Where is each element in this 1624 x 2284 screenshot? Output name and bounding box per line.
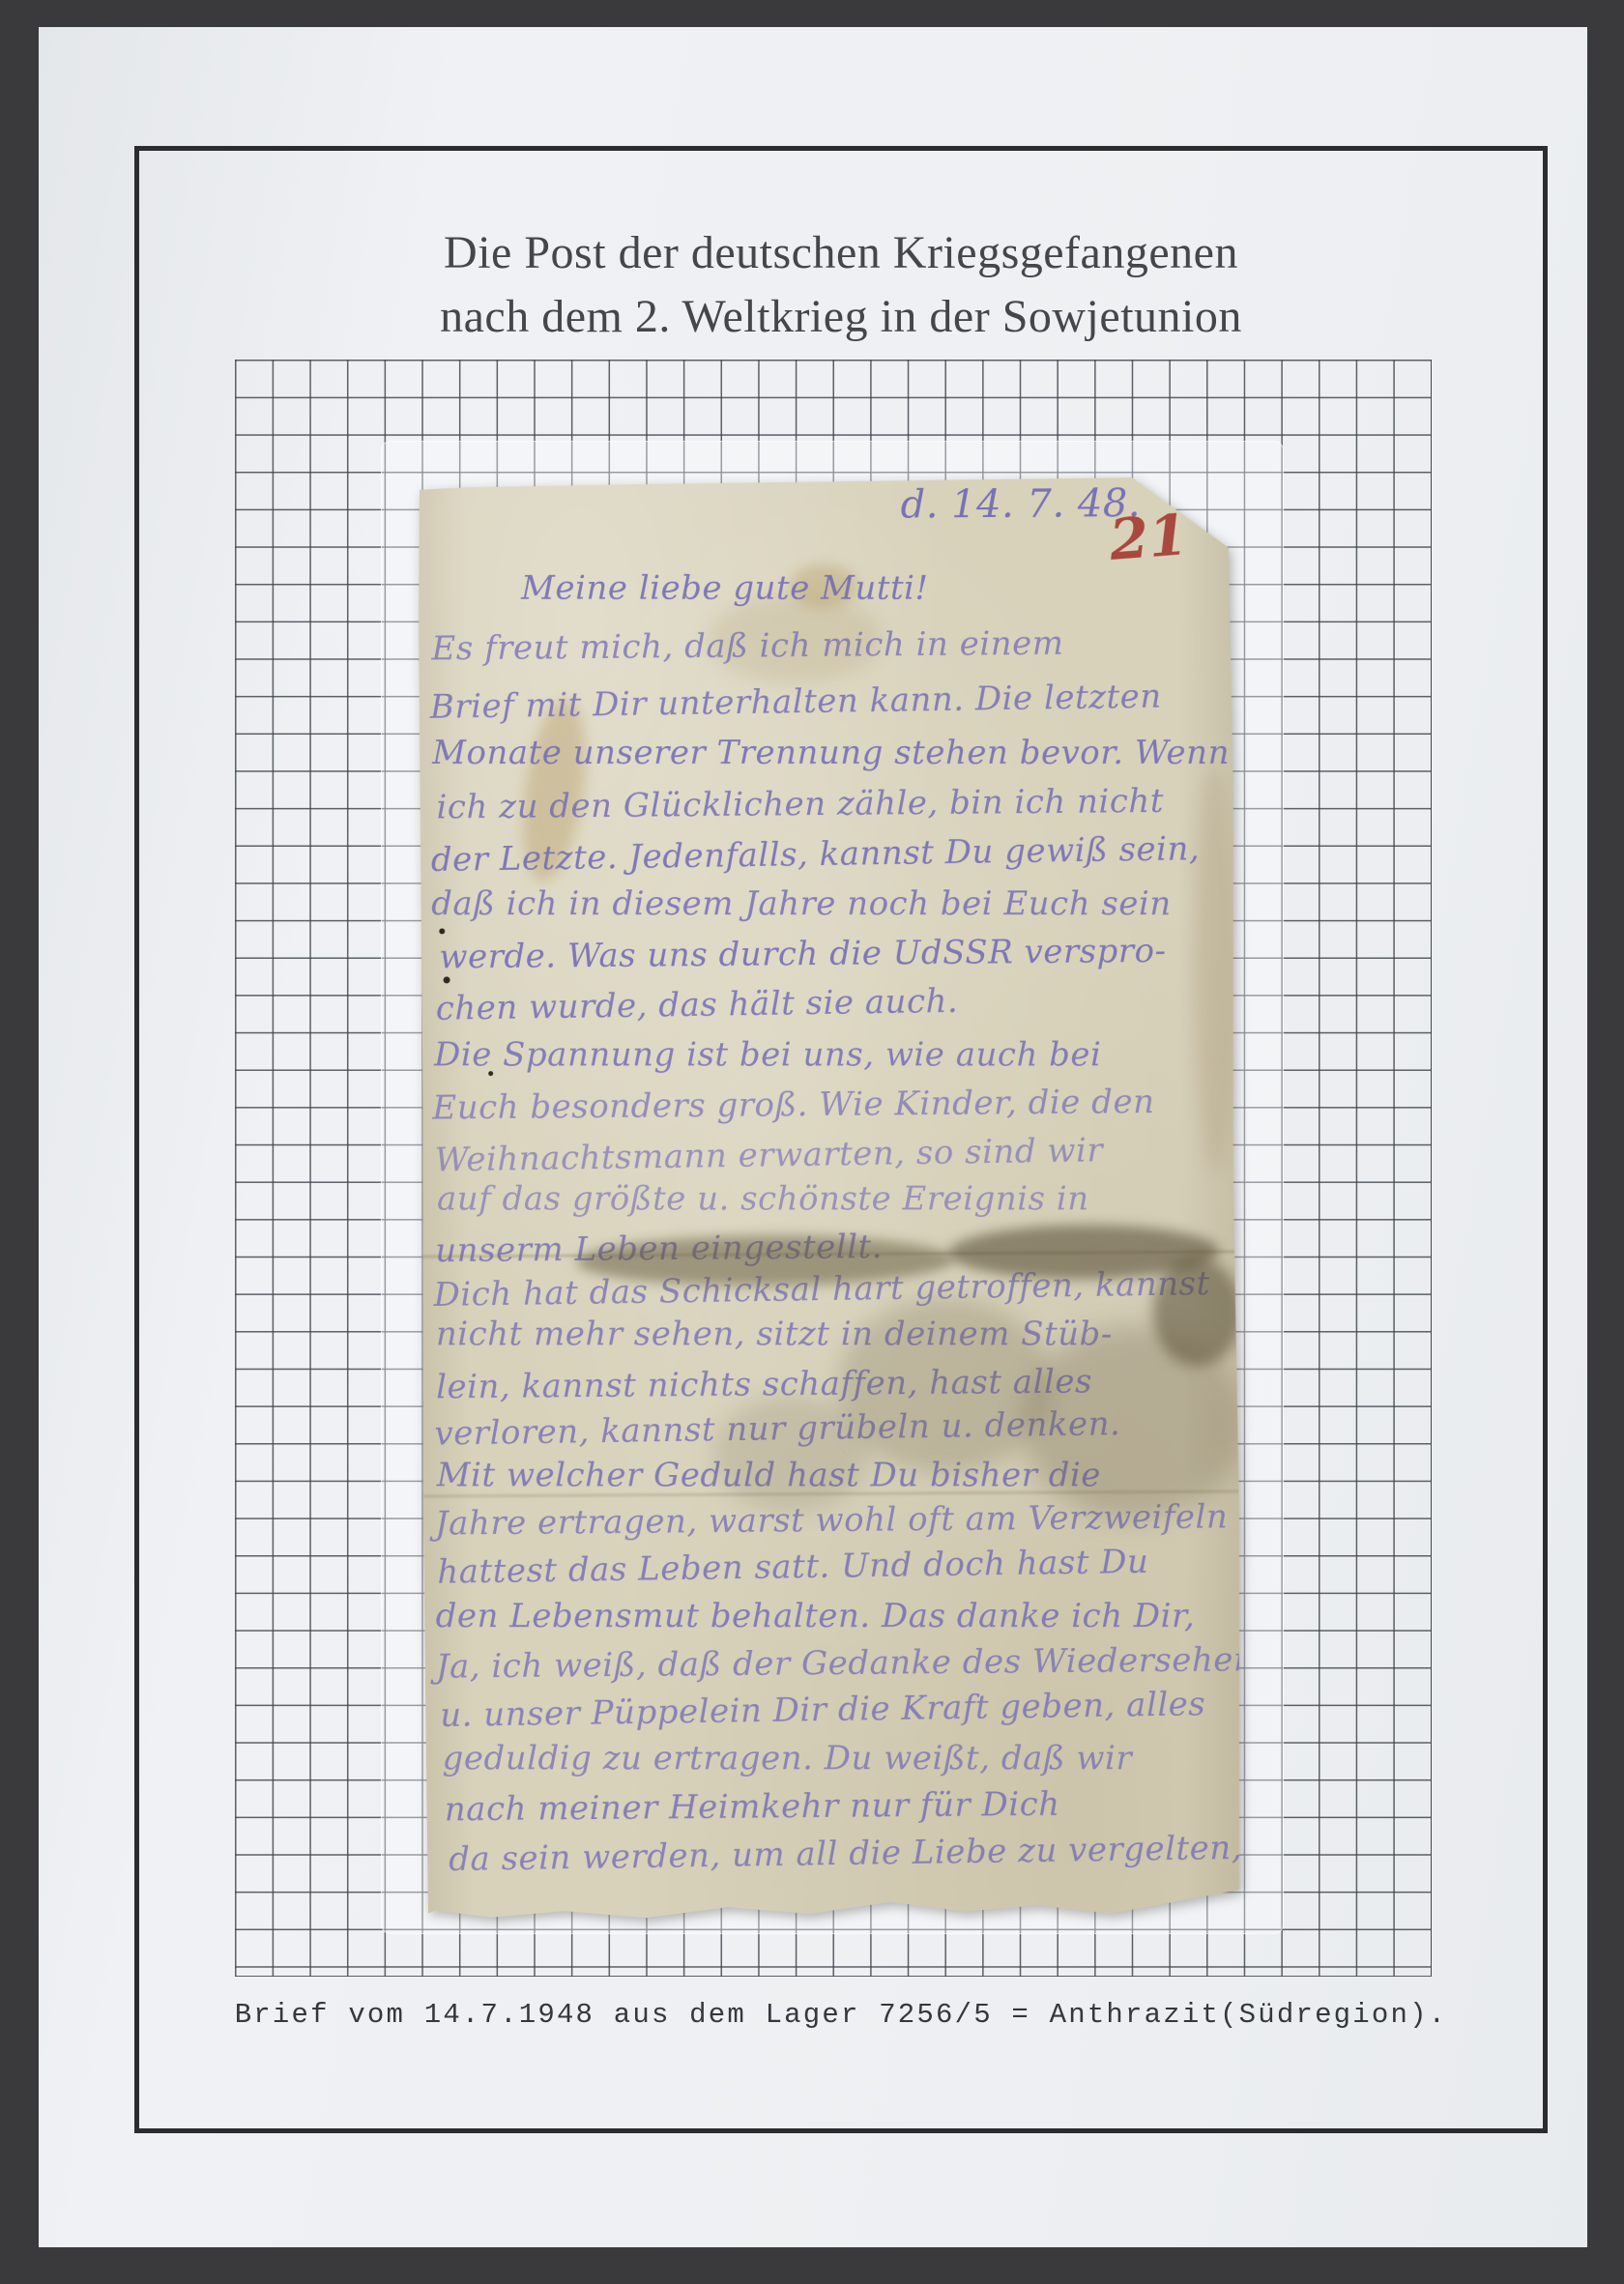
letter-line: Jahre ertragen, warst wohl oft am Verzwe… bbox=[435, 1497, 1229, 1543]
letter-line: unserm Leben eingestellt. bbox=[435, 1228, 883, 1270]
letter-line: Die Spannung ist bei uns, wie auch bei bbox=[434, 1035, 1101, 1074]
letter-line: nach meiner Heimkehr nur für Dich bbox=[445, 1785, 1060, 1830]
letter: d. 14. 7. 48. 21 Meine liebe gute Mutti!… bbox=[417, 477, 1241, 1927]
album-page: Die Post der deutschen Kriegsgefangenen … bbox=[39, 27, 1587, 2247]
letter-line: u. unser Püppelein Dir die Kraft geben, … bbox=[440, 1685, 1206, 1735]
letter-line: daß ich in diesem Jahre noch bei Euch se… bbox=[431, 884, 1172, 923]
letter-line: den Lebensmut behalten. Das danke ich Di… bbox=[436, 1597, 1196, 1635]
album-background: Die Post der deutschen Kriegsgefangenen … bbox=[0, 0, 1624, 2284]
page-title-line1: Die Post der deutschen Kriegsgefangenen bbox=[134, 221, 1548, 285]
letter-line: Brief mit Dir unterhalten kann. Die letz… bbox=[430, 678, 1162, 727]
letter-line: Monate unserer Trennung stehen bevor. We… bbox=[432, 734, 1230, 772]
caption: Brief vom 14.7.1948 aus dem Lager 7256/5… bbox=[134, 1999, 1548, 2031]
letter-line: verloren, kannst nur grübeln u. denken. bbox=[434, 1404, 1120, 1454]
letter-line: Weihnachtsmann erwarten, so sind wir bbox=[434, 1131, 1103, 1179]
page-title: Die Post der deutschen Kriegsgefangenen … bbox=[134, 221, 1548, 349]
page-number: 21 bbox=[1107, 502, 1190, 573]
page-title-line2: nach dem 2. Weltkrieg in der Sowjetunion bbox=[134, 285, 1548, 349]
letter-line: chen wurde, das hält sie auch. bbox=[435, 982, 958, 1028]
letter-line: nicht mehr sehen, sitzt in deinem Stüb- bbox=[436, 1315, 1113, 1353]
ink-dot bbox=[439, 928, 445, 934]
letter-line: Es freut mich, daß ich mich in einem bbox=[431, 624, 1063, 669]
letter-line: geduldig zu ertragen. Du weißt, daß wir bbox=[443, 1739, 1133, 1778]
letter-line: werde. Was uns durch die UdSSR verspro- bbox=[439, 932, 1166, 977]
ink-dot bbox=[488, 1071, 493, 1076]
letter-line: Ja, ich weiß, daß der Gedanke des Wieder… bbox=[436, 1640, 1273, 1687]
letter-line: Dich hat das Schicksal hart getroffen, k… bbox=[433, 1264, 1210, 1315]
ink-dot bbox=[444, 976, 450, 983]
letter-line: ich zu den Glücklichen zähle, bin ich ni… bbox=[436, 782, 1164, 827]
letter-line: auf das größte u. schönste Ereignis in bbox=[437, 1179, 1089, 1218]
letter-paper: d. 14. 7. 48. 21 Meine liebe gute Mutti!… bbox=[417, 477, 1241, 1927]
letter-line: der Letzte. Jedenfalls, kannst Du gewiß … bbox=[431, 829, 1201, 880]
letter-line: Euch besonders groß. Wie Kinder, die den bbox=[432, 1083, 1154, 1128]
letter-line: Mit welcher Geduld hast Du bisher die bbox=[437, 1456, 1101, 1494]
letter-line: da sein werden, um all die Liebe zu verg… bbox=[449, 1829, 1242, 1879]
letter-line: lein, kannst nichts schaffen, hast alles bbox=[436, 1362, 1092, 1406]
letter-lines: Meine liebe gute Mutti!Es freut mich, da… bbox=[428, 477, 1241, 1927]
letter-line: Meine liebe gute Mutti! bbox=[521, 569, 929, 608]
letter-line: hattest das Leben satt. Und doch hast Du bbox=[437, 1543, 1149, 1592]
